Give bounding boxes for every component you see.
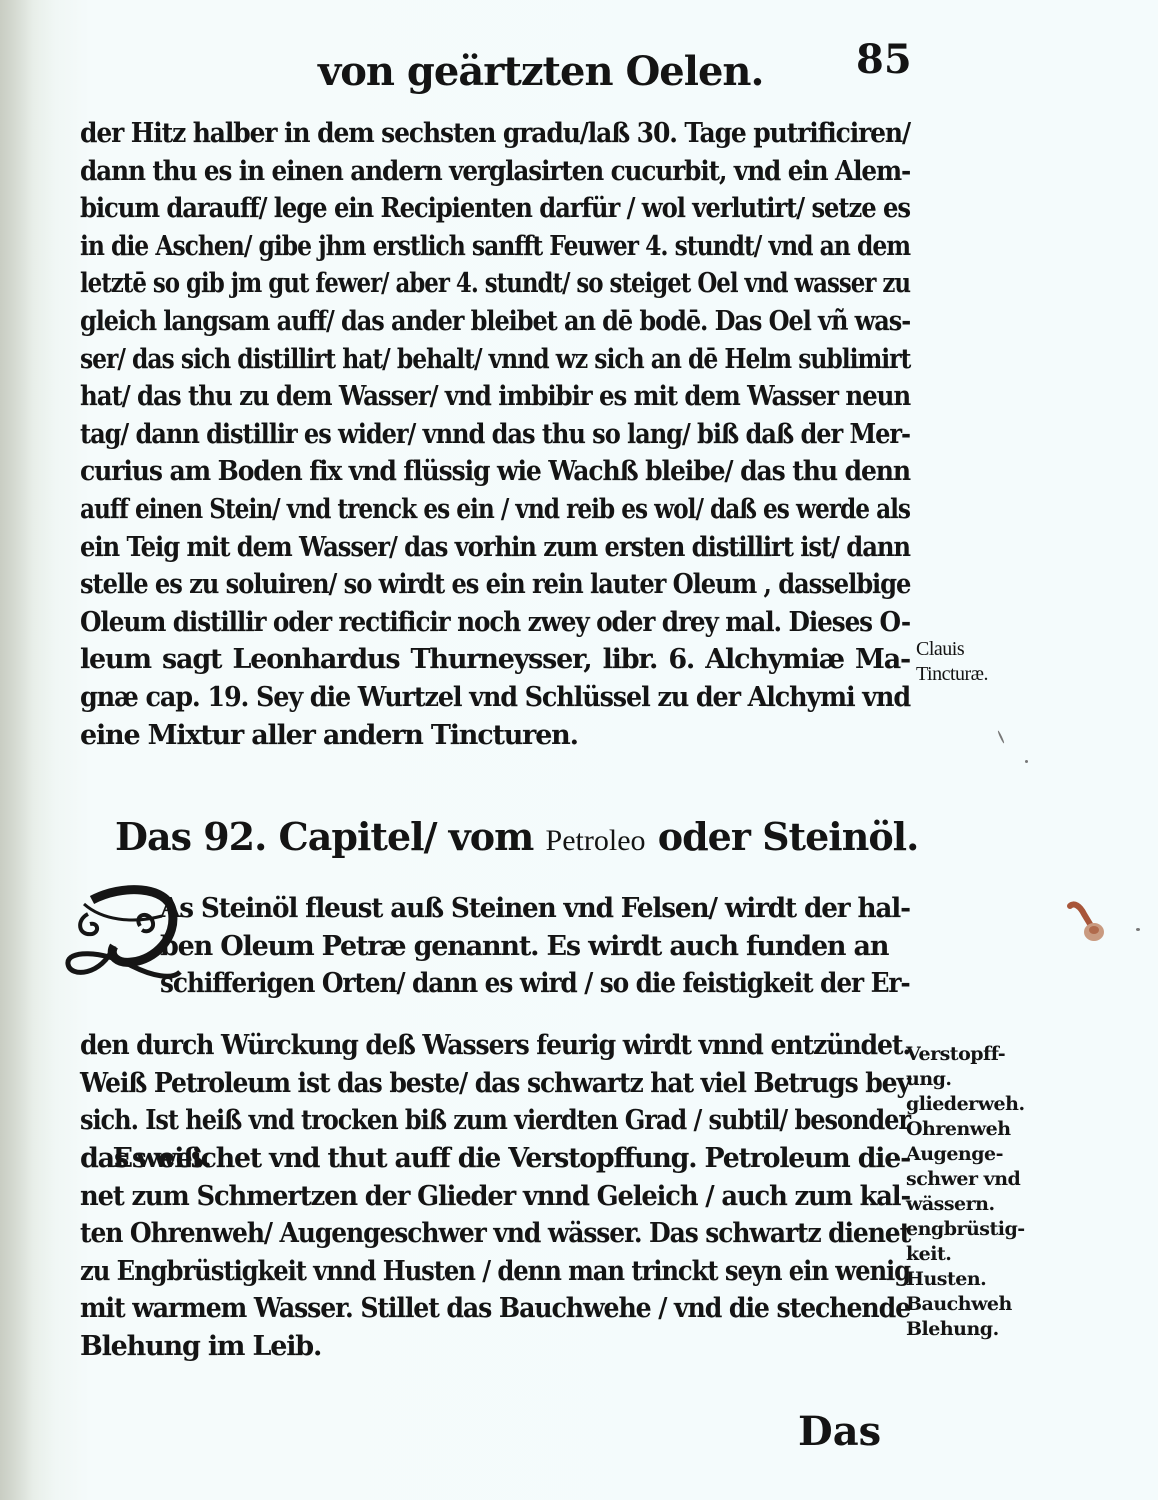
margin-notes-ailments: Verstopff- ung. gliederweh. Ohrenweh Aug… (906, 1042, 1025, 1342)
chapter-heading-roman: Petroleo (546, 824, 646, 857)
running-head: von geärtzten Oelen. (318, 48, 763, 95)
margin-note-line: keit. (906, 1242, 1025, 1267)
text-line: ten Ohrenweh/ Augengeschwer vnd wässer. … (80, 1215, 910, 1253)
margin-note-line: Husten. (906, 1267, 1025, 1292)
text-line: ein Teig mit dem Wasser/ das vorhin zum … (80, 529, 910, 567)
text-line: dann thu es in einen andern verglasirten… (80, 153, 910, 191)
margin-note-line: Clauis (916, 637, 988, 662)
text-line: sich. Ist heiß vnd trocken biß zum vierd… (80, 1102, 910, 1140)
speck (1136, 928, 1140, 931)
text-line: in die Aschen/ gibe jhm erstlich sanfft … (80, 228, 910, 266)
stain-mark-icon (1066, 898, 1116, 948)
margin-note-line: wässern. (906, 1192, 1025, 1217)
text-line: den durch Würckung deß Wassers feurig wi… (80, 1027, 910, 1065)
speck (997, 730, 1005, 744)
text-line: auff einen Stein/ vnd trenck es ein / vn… (80, 491, 910, 529)
text-line: eine Mixtur aller andern Tincturen. (80, 717, 910, 755)
chapter-opening-lines: As Steinöl fleust auß Steinen vnd Felsen… (160, 890, 910, 1003)
text-line: Blehung im Leib. (80, 1328, 910, 1366)
chapter-paragraph-2: Es weichet vnd thut auff die Verstopffun… (80, 1140, 910, 1366)
text-line: der Hitz halber in dem sechsten gradu/la… (80, 115, 910, 153)
text-line: tag/ dann distillir es wider/ vnnd das t… (80, 416, 910, 454)
margin-note-line: Ohrenweh (906, 1117, 1025, 1142)
book-page: von geärtzten Oelen. 85 der Hitz halber … (0, 0, 1158, 1500)
text-line: mit warmem Wasser. Stillet das Bauchwehe… (80, 1290, 910, 1328)
page-number: 85 (856, 36, 912, 83)
gutter-shadow (0, 0, 55, 1500)
text-line: stelle es zu soluiren/ so wirdt es ein r… (80, 566, 910, 604)
text-line: leum sagt Leonhardus Thurneysser, libr. … (80, 641, 910, 679)
text-line: zu Engbrüstigkeit vnnd Husten / denn man… (80, 1253, 910, 1291)
text-line: ben Oleum Petræ genannt. Es wirdt auch f… (160, 928, 910, 966)
margin-note-line: schwer vnd (906, 1167, 1025, 1192)
text-line: As Steinöl fleust auß Steinen vnd Felsen… (160, 890, 891, 928)
margin-note-clavis: Clauis Tincturæ. (916, 637, 988, 687)
margin-note-line: gliederweh. (906, 1092, 1025, 1117)
text-line: ser/ das sich distillirt hat/ behalt/ vn… (80, 341, 910, 379)
text-line: Weiß Petroleum ist das beste/ das schwar… (80, 1065, 910, 1103)
text-line: curius am Boden fix vnd flüssig wie Wach… (80, 453, 910, 491)
chapter-heading-prefix: Das 92. Capitel/ vom (115, 814, 546, 859)
text-line: Es weichet vnd thut auff die Verstopffun… (80, 1140, 910, 1178)
margin-note-line: ung. (906, 1067, 1025, 1092)
margin-note-line: Augenge- (906, 1142, 1025, 1167)
catchword: Das (798, 1408, 881, 1455)
text-line: hat/ das thu zu dem Wasser/ vnd imbibir … (80, 378, 910, 416)
chapter-heading: Das 92. Capitel/ vom Petroleo oder Stein… (115, 814, 918, 859)
text-line: schifferigen Orten/ dann es wird / so di… (160, 965, 850, 1003)
margin-note-line: Verstopff- (906, 1042, 1025, 1067)
text-line: Oleum distillir oder rectificir noch zwe… (80, 604, 910, 642)
text-line: bicum darauff/ lege ein Recipienten darf… (80, 190, 910, 228)
margin-note-line: Bauchweh (906, 1292, 1025, 1317)
text-line: gnæ cap. 19. Sey die Wurtzel vnd Schlüss… (80, 679, 910, 717)
text-line: net zum Schmertzen der Glieder vnnd Gele… (80, 1178, 910, 1216)
margin-note-line: engbrüstig- (906, 1217, 1025, 1242)
speck (1025, 760, 1028, 763)
margin-note-line: Blehung. (906, 1317, 1025, 1342)
continued-paragraph: der Hitz halber in dem sechsten gradu/la… (80, 115, 910, 754)
text-line: letztē so gib jm gut fewer/ aber 4. stun… (80, 265, 910, 303)
text-line: gleich langsam auff/ das ander bleibet a… (80, 303, 910, 341)
margin-note-line: Tincturæ. (916, 662, 988, 687)
chapter-heading-suffix: oder Steinöl. (646, 814, 919, 859)
